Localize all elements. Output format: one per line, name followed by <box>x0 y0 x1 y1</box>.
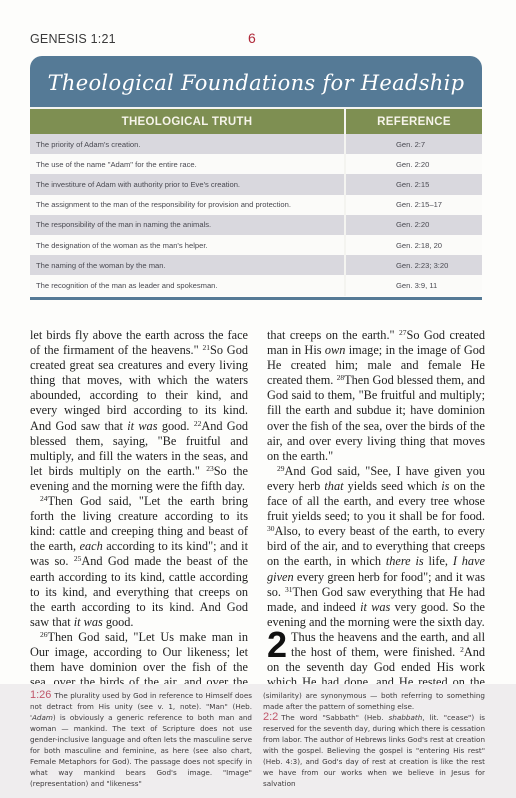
reference-cell: Gen. 2:23; 3:20 <box>345 255 482 275</box>
truth-cell: The investiture of Adam with authority p… <box>30 174 345 194</box>
truth-cell: The recognition of the man as leader and… <box>30 275 345 295</box>
verse-text: that creeps on the earth." <box>267 328 399 342</box>
table-row: The use of the name "Adam" for the entir… <box>30 154 482 174</box>
study-note: 2:2The word "Sabbath" (Heb. shabbath, li… <box>263 712 485 789</box>
truth-cell: The assignment to the man of the respons… <box>30 195 345 215</box>
study-note-text: The plurality used by God in reference t… <box>30 691 252 711</box>
italic-text: there is <box>386 554 424 568</box>
study-note-reference[interactable]: 1:26 <box>30 689 51 701</box>
study-note-text: ) is obviously a generic reference to bo… <box>30 713 252 788</box>
column-header-truth: THEOLOGICAL TRUTH <box>30 109 345 134</box>
verse-text: Thus the heavens and the earth, and all … <box>291 630 485 659</box>
scripture-text: let birds fly above the earth across the… <box>30 328 485 740</box>
study-notes: 1:26The plurality used by God in referen… <box>30 690 485 789</box>
study-notes-column-right: (similarity) are synonymous — both refer… <box>263 690 485 789</box>
study-note-italic: 'Adam <box>30 713 53 722</box>
truth-cell: The responsibility of the man in naming … <box>30 215 345 235</box>
headship-chart: Theological Foundations for Headship THE… <box>30 56 482 300</box>
italic-text: each <box>80 539 103 553</box>
italic-text: it was <box>127 419 157 433</box>
chart-header-row: THEOLOGICAL TRUTH REFERENCE <box>30 109 482 134</box>
reference-cell: Gen. 2:15 <box>345 174 482 194</box>
reference-cell: Gen. 2:7 <box>345 134 482 154</box>
table-row: The naming of the woman by the man. Gen.… <box>30 255 482 275</box>
verse-text: good. <box>103 615 134 629</box>
chapter-number: 2 <box>267 631 287 659</box>
chart-table: THEOLOGICAL TRUTH REFERENCE The priority… <box>30 109 482 296</box>
verse-number: 26 <box>40 630 48 639</box>
verse-text: life, <box>424 554 453 568</box>
running-head: GENESIS 1:21 <box>30 32 116 46</box>
study-note-text: (similarity) are synonymous — both refer… <box>263 690 485 712</box>
scripture-paragraph: that creeps on the earth." 27So God crea… <box>267 328 485 464</box>
italic-text: that <box>324 479 343 493</box>
reference-cell: Gen. 2:20 <box>345 154 482 174</box>
reference-cell: Gen. 2:18, 20 <box>345 235 482 255</box>
italic-text: own <box>325 343 346 357</box>
scripture-paragraph: let birds fly above the earth across the… <box>30 328 248 494</box>
table-row: The designation of the woman as the man'… <box>30 235 482 255</box>
truth-cell: The naming of the woman by the man. <box>30 255 345 275</box>
study-note-reference[interactable]: 2:2 <box>263 711 278 723</box>
verse-text: good. <box>158 419 194 433</box>
scripture-paragraph: 29And God said, "See, I have given you e… <box>267 464 485 630</box>
reference-cell: Gen. 3:9, 11 <box>345 275 482 295</box>
column-header-reference: REFERENCE <box>345 109 482 134</box>
verse-number: 24 <box>40 494 48 503</box>
scripture-column-right: that creeps on the earth." 27So God crea… <box>267 328 485 740</box>
verse-text: yields seed which <box>344 479 442 493</box>
verse-number: 29 <box>277 464 285 473</box>
page-number: 6 <box>248 30 256 46</box>
verse-number: 21 <box>202 343 210 352</box>
verse-number: 23 <box>206 464 214 473</box>
scripture-paragraph: 24Then God said, "Let the earth bring fo… <box>30 494 248 630</box>
scripture-column-left: let birds fly above the earth across the… <box>30 328 248 740</box>
reference-cell: Gen. 2:20 <box>345 215 482 235</box>
chart-title: Theological Foundations for Headship <box>48 69 465 95</box>
table-row: The priority of Adam's creation. Gen. 2:… <box>30 134 482 154</box>
table-row: The assignment to the man of the respons… <box>30 195 482 215</box>
study-note-italic: shabbath <box>389 713 423 722</box>
verse-number: 28 <box>337 373 345 382</box>
chart-title-bar: Theological Foundations for Headship <box>30 56 482 109</box>
truth-cell: The use of the name "Adam" for the entir… <box>30 154 345 174</box>
truth-cell: The priority of Adam's creation. <box>30 134 345 154</box>
italic-text: it was <box>360 600 390 614</box>
study-notes-column-left: 1:26The plurality used by God in referen… <box>30 690 252 789</box>
reference-cell: Gen. 2:15–17 <box>345 195 482 215</box>
truth-cell: The designation of the woman as the man'… <box>30 235 345 255</box>
table-row: The responsibility of the man in naming … <box>30 215 482 235</box>
study-note-text: , lit. "cease") is reserved for the seve… <box>263 713 485 788</box>
italic-text: it was <box>74 615 103 629</box>
chart-bottom-rule <box>30 297 482 300</box>
verse-number: 30 <box>267 524 275 533</box>
table-row: The investiture of Adam with authority p… <box>30 174 482 194</box>
study-note-text: The word "Sabbath" (Heb. <box>281 713 388 722</box>
table-row: The recognition of the man as leader and… <box>30 275 482 295</box>
